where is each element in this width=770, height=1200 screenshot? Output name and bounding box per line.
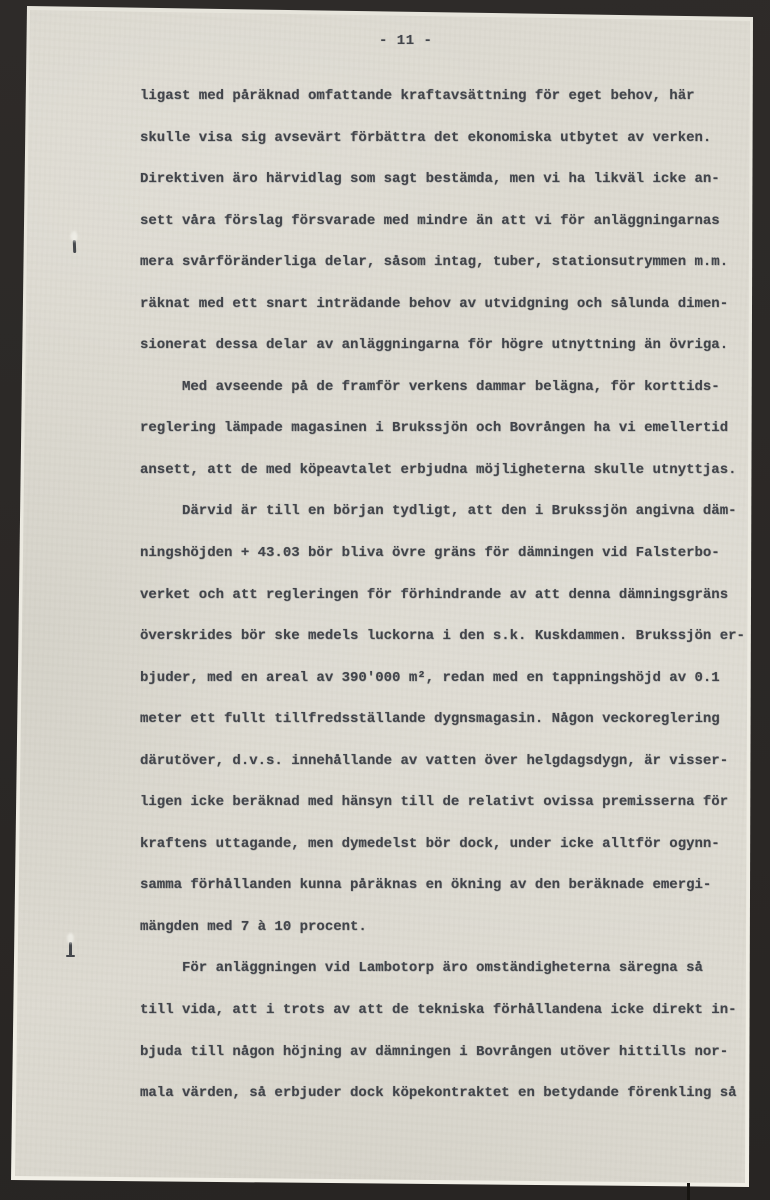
text-line: bjuda till någon höjning av dämningen i … (140, 1032, 760, 1074)
text-line: mera svårföränderliga delar, såsom intag… (140, 242, 760, 284)
text-line: skulle visa sig avsevärt förbättra det e… (140, 118, 760, 160)
text-line: ningshöjden + 43.03 bör bliva övre gräns… (140, 533, 760, 575)
text-line: ligast med påräknad omfattande kraftavsä… (140, 76, 760, 118)
text-line: bjuder, med en areal av 390'000 m², reda… (140, 658, 760, 700)
text-line: samma förhållanden kunna påräknas en ökn… (140, 865, 760, 907)
text-line: För anläggningen vid Lambotorp äro omstä… (140, 948, 760, 990)
mat-seam-line (687, 1183, 690, 1200)
typewritten-text: ligast med påräknad omfattande kraftavsä… (140, 76, 760, 1115)
text-line: Med avseende på de framför verkens damma… (140, 367, 760, 409)
pen-mark-icon (73, 240, 76, 253)
scan-mat-background: - 11 - ligast med påräknad omfattande kr… (0, 0, 770, 1200)
text-line: Direktiven äro härvidlag som sagt bestäm… (140, 159, 760, 201)
page-number: - 11 - (379, 34, 432, 48)
text-line: räknat med ett snart inträdande behov av… (140, 284, 760, 326)
text-line: sett våra förslag försvarade med mindre … (140, 201, 760, 243)
text-line: meter ett fullt tillfredsställande dygns… (140, 699, 760, 741)
text-line: till vida, att i trots av att de teknisk… (140, 990, 760, 1032)
text-line: Därvid är till en början tydligt, att de… (140, 491, 760, 533)
text-line: överskrides bör ske medels luckorna i de… (140, 616, 760, 658)
text-line: därutöver, d.v.s. innehållande av vatten… (140, 741, 760, 783)
pen-mark-icon (69, 942, 72, 957)
text-line: ansett, att de med köpeavtalet erbjudna … (140, 450, 760, 492)
text-line: kraftens uttagande, men dymedelst bör do… (140, 824, 760, 866)
text-line: mala värden, så erbjuder dock köpekontra… (140, 1073, 760, 1115)
page-content: - 11 - ligast med påräknad omfattande kr… (0, 0, 770, 1200)
text-line: verket och att regleringen för förhindra… (140, 575, 760, 617)
text-line: reglering lämpade magasinen i Brukssjön … (140, 408, 760, 450)
text-line: sionerat dessa delar av anläggningarna f… (140, 325, 760, 367)
text-line: mängden med 7 à 10 procent. (140, 907, 760, 949)
text-line: ligen icke beräknad med hänsyn till de r… (140, 782, 760, 824)
